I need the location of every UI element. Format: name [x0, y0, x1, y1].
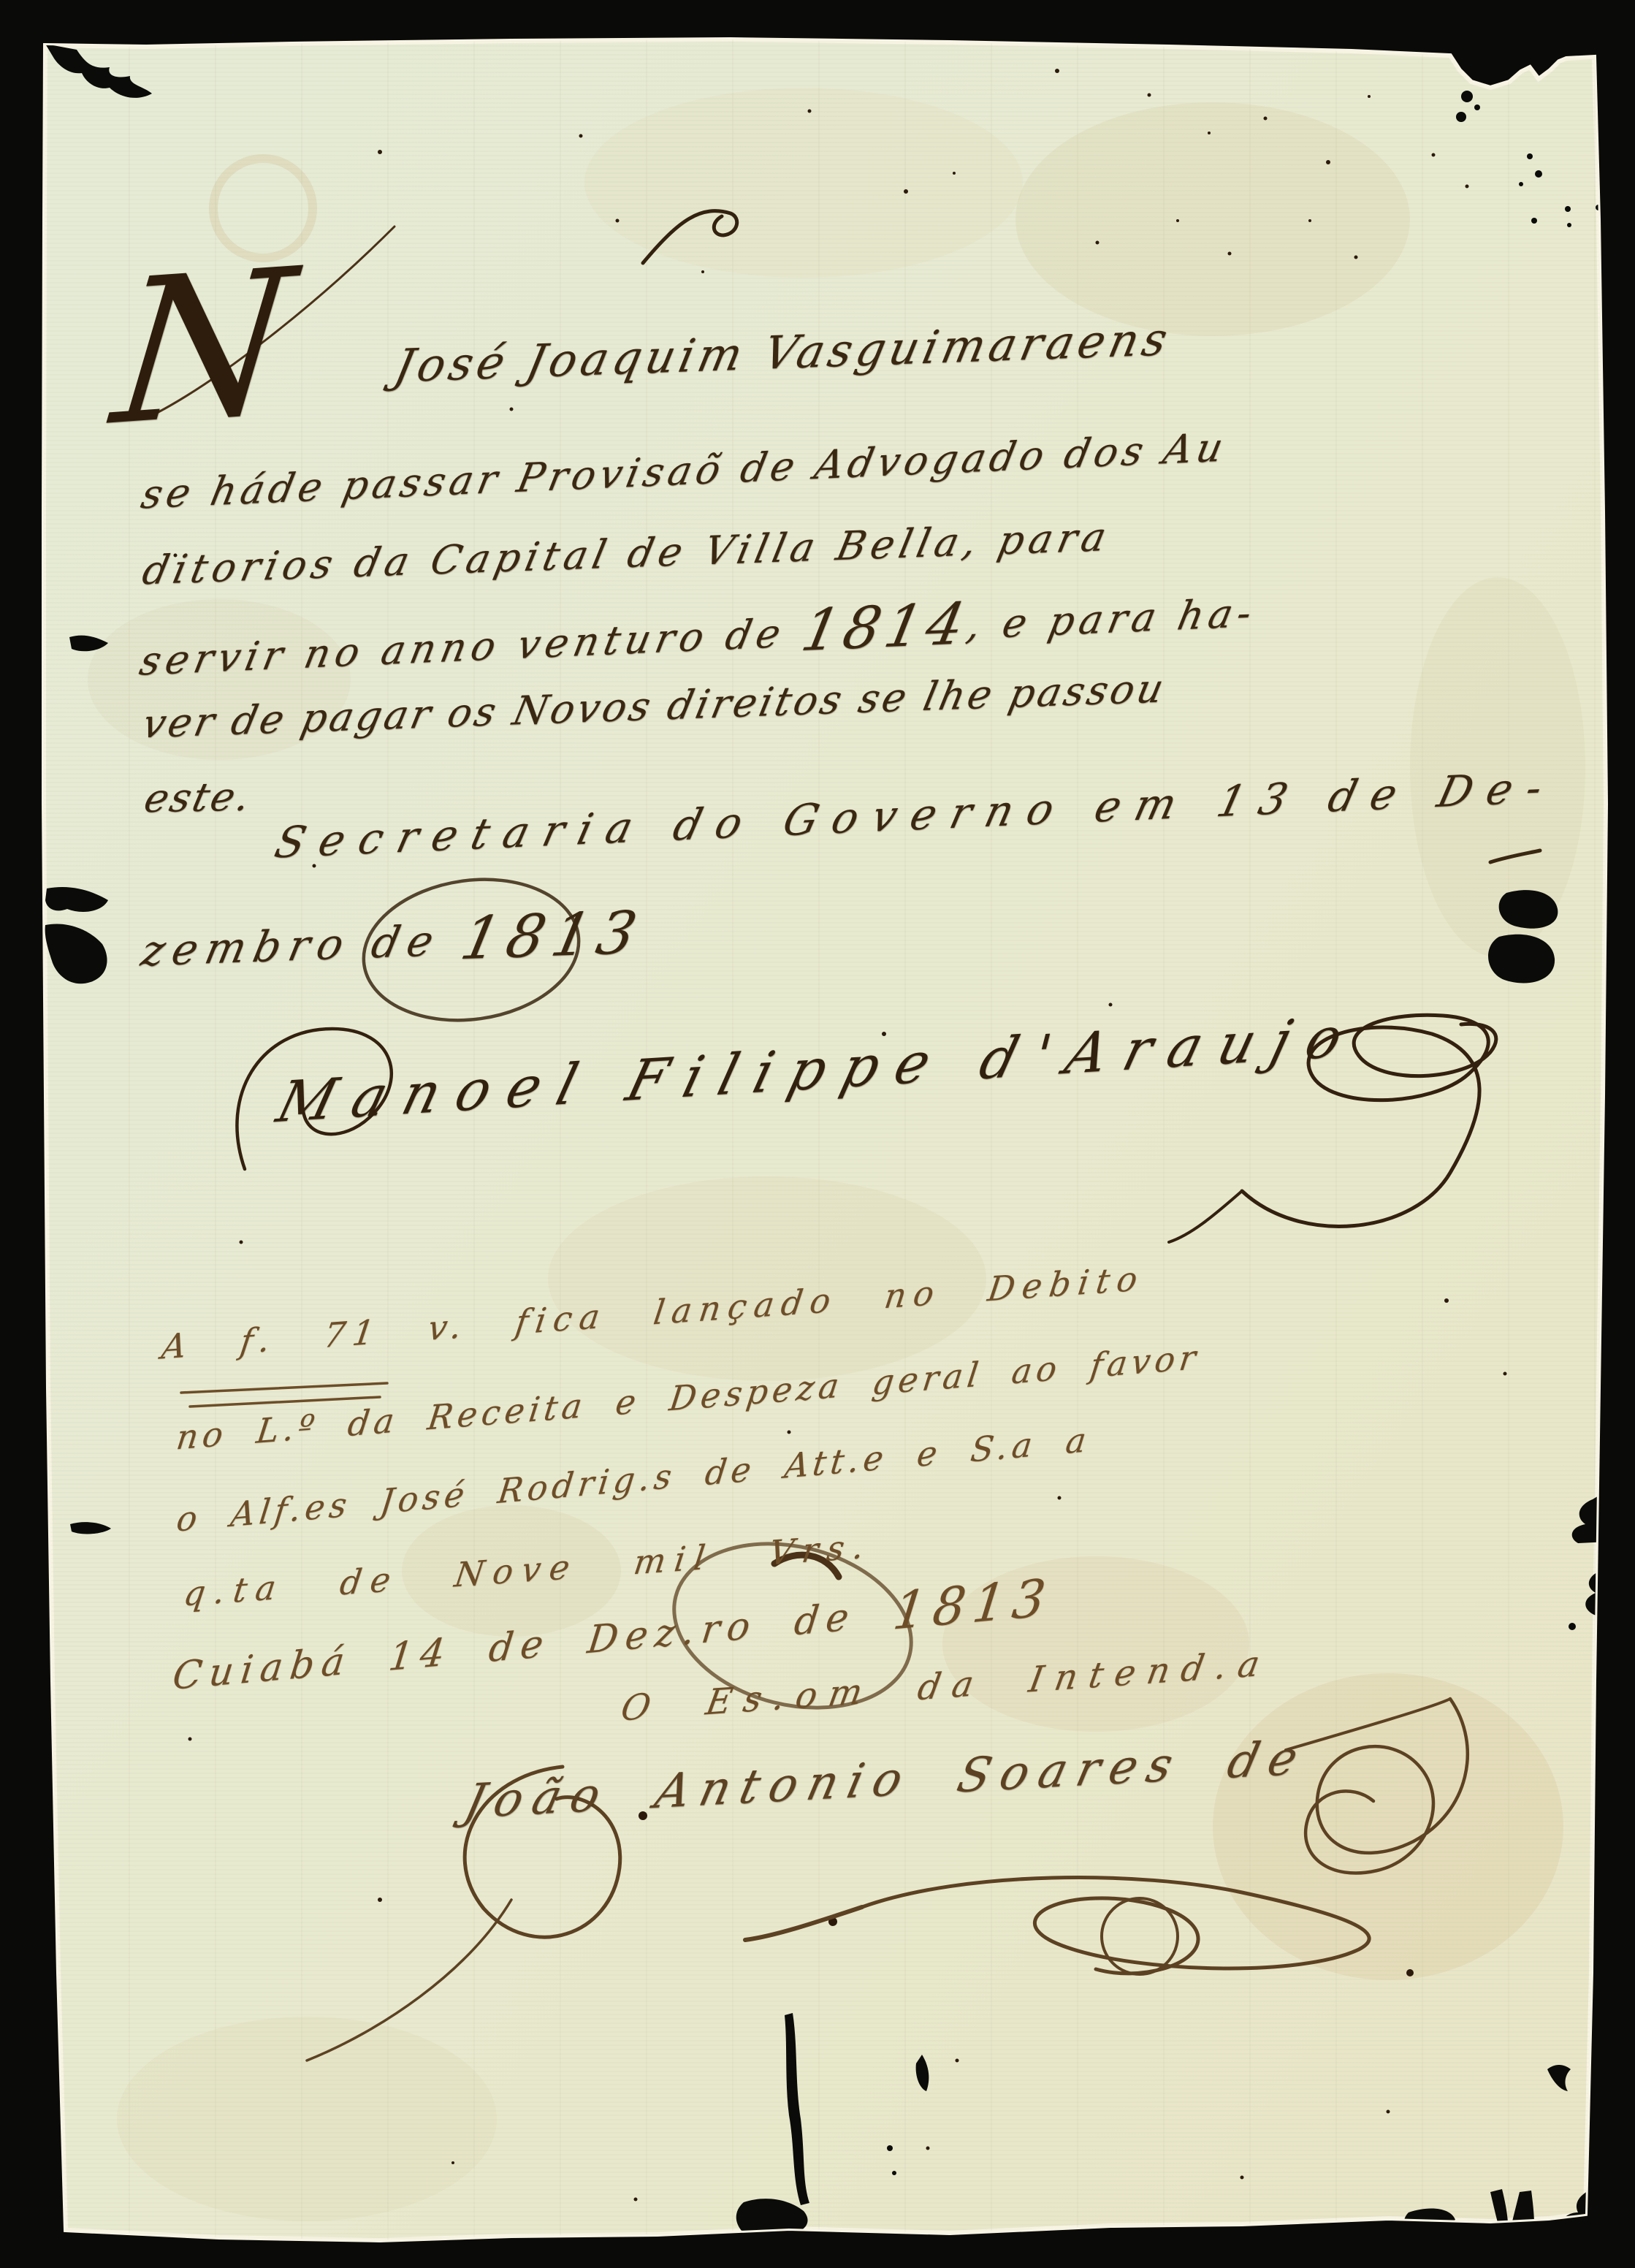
manuscript-line-3: ditorios da Capital de Villa Bella, para	[139, 517, 1114, 591]
manuscript-line-6: este.	[140, 777, 256, 818]
year-1814: 1814	[796, 591, 975, 665]
year-1813: 1813	[455, 898, 650, 973]
handwriting-layer: N José Joaquim Vasguimaraens se háde pas…	[0, 0, 1635, 2268]
manuscript-line-8: zembro de 1813	[137, 899, 650, 975]
annotation-year-1813: 1813	[890, 1567, 1056, 1642]
manuscript-line-5: ver de pagar os Novos direitos se lhe pa…	[139, 669, 1170, 744]
manuscript-photo: N José Joaquim Vasguimaraens se háde pas…	[0, 0, 1635, 2268]
line-8-text: zembro de	[137, 915, 468, 976]
manuscript-line-1: José Joaquim Vasguimaraens	[391, 316, 1175, 389]
clerk-signature: João Antonio Soares de	[460, 1735, 1312, 1826]
line-4-tail: , e para ha-	[963, 589, 1260, 648]
ornate-initial: N	[107, 243, 300, 454]
manuscript-line-2: se háde passar Provisaõ de Advogado dos …	[138, 427, 1231, 514]
line-4-text: servir no anno venturo de	[136, 609, 807, 685]
governor-signature: Manoel Filippe d'Araujo	[272, 1008, 1365, 1131]
manuscript-line-7: Secretaria do Governo em 13 de De-	[271, 766, 1561, 864]
annotation-line-1: A f. 71 v. fica lançado no Debito	[159, 1261, 1146, 1364]
annotation-line-6: O Es.om da Intend.a	[618, 1645, 1273, 1727]
